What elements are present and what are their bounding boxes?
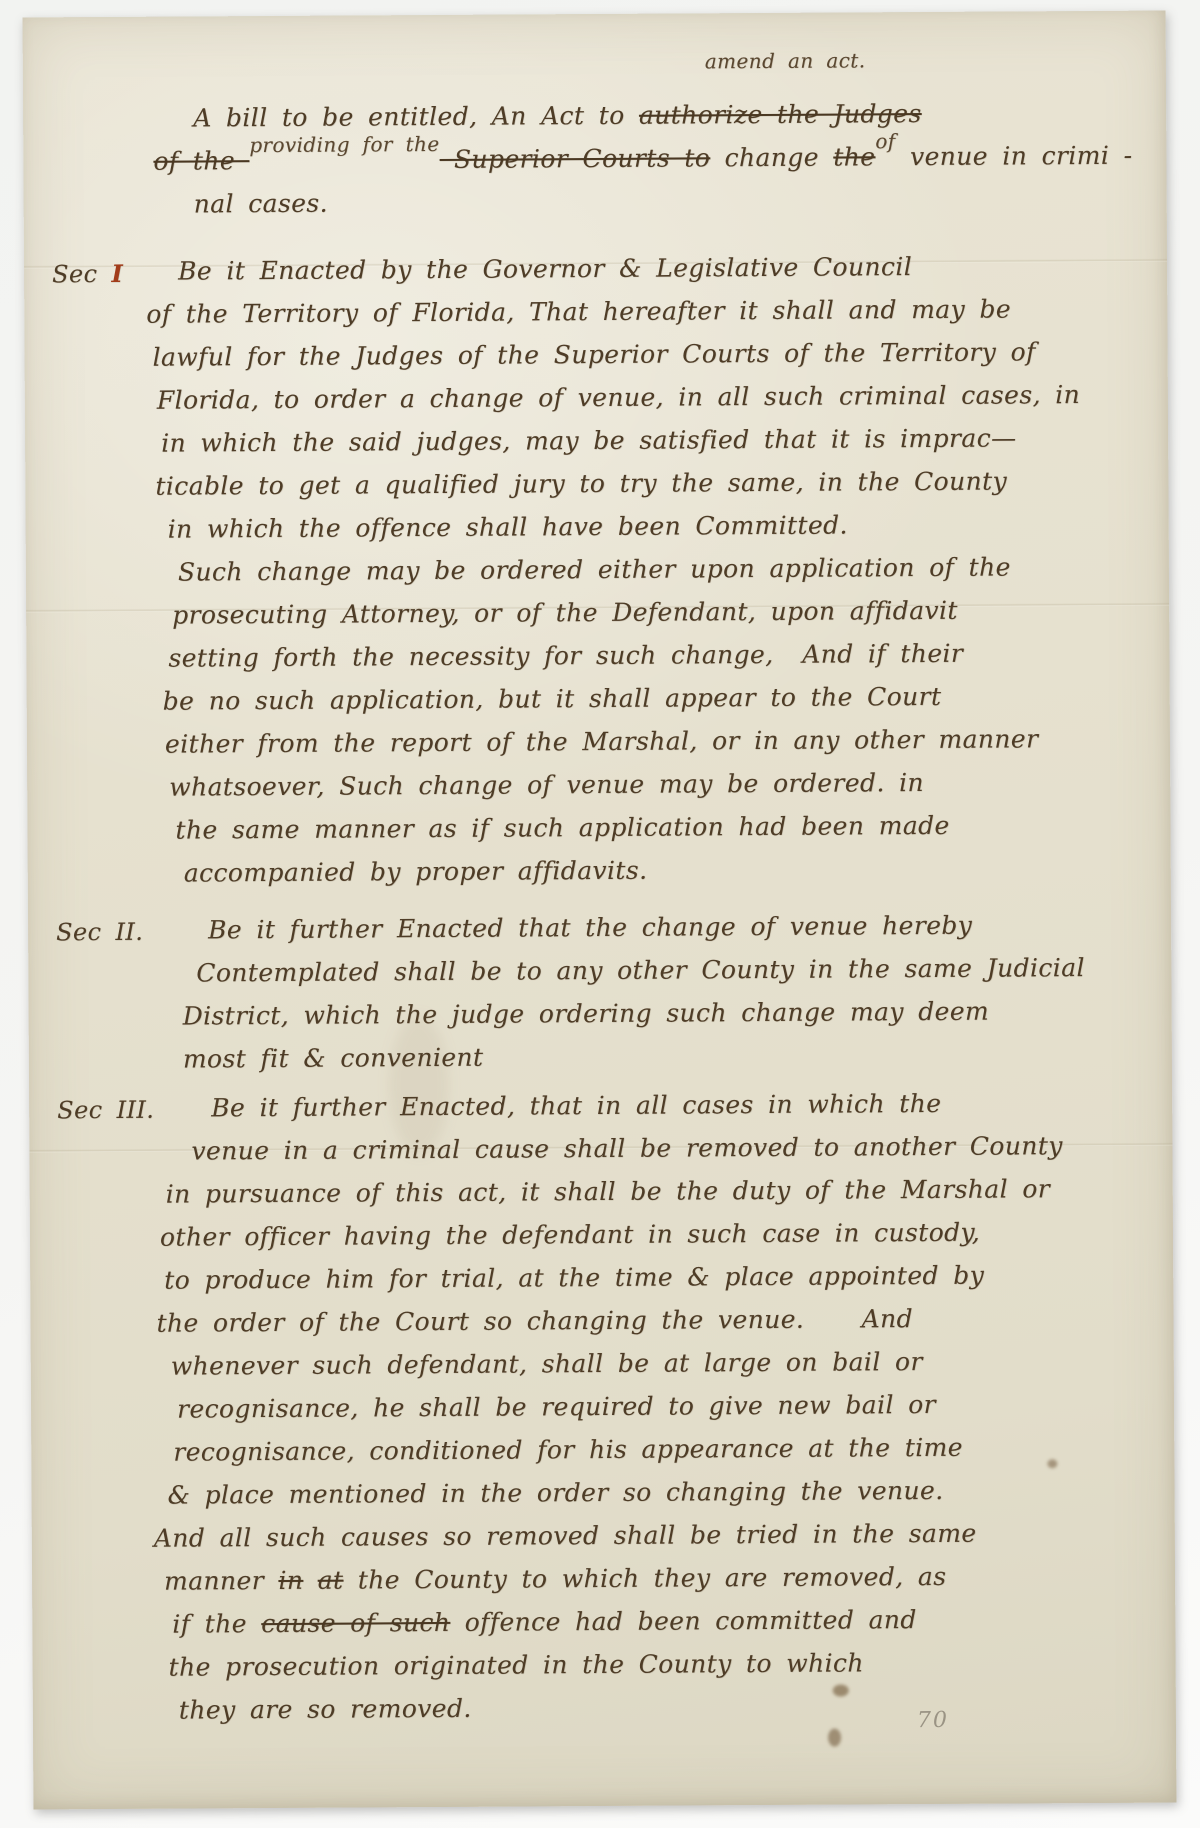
manuscript-line: the prosecution originated in the County… — [168, 1640, 1154, 1689]
text-segment: in which the offence shall have been Com… — [168, 510, 848, 543]
text-segment: And all such causes so removed shall be … — [154, 1519, 977, 1553]
text-segment: in pursuance of this act, it shall be th… — [166, 1174, 1051, 1208]
manuscript-line: & place mentioned in the order so changi… — [167, 1468, 1153, 1517]
manuscript-paper: amend an act.A bill to be entitled, An A… — [23, 11, 1177, 1810]
manuscript-line: the same manner as if such application h… — [175, 803, 1149, 852]
strikethrough-segment: in — [278, 1566, 303, 1595]
manuscript-line: be no such application, but it shall app… — [163, 674, 1149, 723]
text-segment: Contemplated shall be to any other Count… — [196, 953, 1085, 987]
text-segment: Sec III. — [57, 1096, 154, 1125]
inserted-text-segment: providing for the — [249, 132, 439, 157]
text-segment: nal cases. — [194, 189, 328, 219]
section-1: Sec IBe it Enacted by the Governor & Leg… — [146, 244, 1150, 895]
red-mark-segment: I — [111, 259, 123, 288]
text-segment: the County to which they are removed, as — [343, 1562, 946, 1595]
strikethrough-segment: authorize the Judges — [639, 99, 922, 130]
strikethrough-segment: cause of such — [261, 1608, 450, 1638]
text-segment: Such change may be ordered either upon a… — [178, 552, 1011, 586]
manuscript-line: in pursuance of this act, it shall be th… — [166, 1167, 1152, 1216]
text-segment: whenever such defendant, shall be at lar… — [171, 1347, 923, 1381]
section-label: Sec III. — [57, 1089, 154, 1133]
page-number-pencil: 70 — [917, 1708, 949, 1733]
section-label: Sec I — [52, 252, 123, 296]
text-segment: venue in crimi - — [896, 141, 1133, 171]
manuscript-line: other officer having the defendant in su… — [160, 1210, 1152, 1259]
text-segment: to produce him for trial, at the time & … — [164, 1261, 984, 1295]
text-segment: offence had been committed and — [450, 1605, 917, 1637]
manuscript-line: of the Territory of Florida, That hereaf… — [146, 287, 1146, 336]
manuscript-line: either from the report of the Marshal, o… — [165, 717, 1149, 766]
section-2: Sec II.Be it further Enacted that the ch… — [150, 903, 1151, 1081]
manuscript-line: Contemplated shall be to any other Count… — [196, 946, 1150, 995]
manuscript-line: in which the said judges, may be satisfi… — [161, 416, 1147, 465]
section-3: Sec III.Be it further Enacted, that in a… — [151, 1081, 1155, 1732]
manuscript-line: Be it further Enacted that the change of… — [208, 903, 1150, 952]
text-segment: the same manner as if such application h… — [175, 811, 949, 845]
text-segment — [303, 1566, 318, 1595]
text-segment: & place mentioned in the order so changi… — [167, 1476, 943, 1510]
section-label: Sec II. — [56, 911, 143, 955]
strikethrough-segment: at — [318, 1566, 344, 1595]
manuscript-line: recognisance, conditioned for his appear… — [173, 1425, 1153, 1474]
manuscript-line: they are so removed. — [179, 1683, 1155, 1732]
text-segment: recognisance, conditioned for his appear… — [173, 1433, 963, 1467]
text-segment: be no such application, but it shall app… — [163, 682, 942, 716]
text-segment: the prosecution originated in the County… — [169, 1648, 864, 1681]
text-segment: venue in a criminal cause shall be remov… — [191, 1131, 1062, 1165]
manuscript-line: most fit & convenient — [183, 1032, 1151, 1081]
manuscript-line: recognisance, he shall be required to gi… — [177, 1382, 1153, 1431]
text-segment: setting forth the necessity for such cha… — [168, 639, 963, 673]
text-segment: ticable to get a qualified jury to try t… — [155, 467, 1007, 501]
text-segment: manner — [164, 1566, 278, 1596]
text-segment: Sec — [52, 260, 111, 288]
ink-stain — [828, 1729, 841, 1747]
text-segment: they are so removed. — [179, 1694, 472, 1725]
manuscript-line: ticable to get a qualified jury to try t… — [155, 459, 1147, 508]
scanned-document-page: amend an act.A bill to be entitled, An A… — [0, 0, 1200, 1828]
manuscript-line: Florida, to order a change of venue, in … — [157, 373, 1147, 422]
manuscript-line: And all such causes so removed shall be … — [154, 1511, 1154, 1560]
text-segment: in which the said judges, may be satisfi… — [161, 423, 1017, 457]
title-block: amend an act.A bill to be entitled, An A… — [145, 59, 1146, 226]
manuscript-line: lawful for the Judges of the Superior Co… — [152, 330, 1146, 379]
strikethrough-segment: Superior Courts to — [440, 143, 711, 174]
manuscript-line: nal cases. — [194, 177, 1146, 226]
text-segment: Florida, to order a change of venue, in … — [157, 380, 1080, 415]
text-segment: prosecuting Attorney, or of the Defendan… — [172, 596, 958, 630]
manuscript-line: of the providing for the Superior Courts… — [153, 134, 1145, 183]
text-segment: Be it further Enacted that the change of… — [208, 911, 972, 945]
text-segment: either from the report of the Marshal, o… — [165, 724, 1039, 758]
manuscript-line: amend an act. — [705, 59, 1145, 94]
manuscript-line: in which the offence shall have been Com… — [168, 502, 1148, 551]
manuscript-line: the order of the Court so changing the v… — [156, 1296, 1152, 1345]
text-segment: Be it Enacted by the Governor & Legislat… — [178, 252, 912, 285]
manuscript-line: District, which the judge ordering such … — [183, 989, 1151, 1038]
text-segment: accompanied by proper affidavits. — [184, 856, 648, 888]
manuscript-line: Such change may be ordered either upon a… — [178, 545, 1148, 594]
text-segment: of the Territory of Florida, That hereaf… — [146, 294, 1011, 328]
text-segment: most fit & convenient — [183, 1043, 484, 1074]
text-segment: Be it further Enacted, that in all cases… — [211, 1089, 941, 1122]
manuscript-line: whatsoever, Such change of venue may be … — [169, 760, 1149, 809]
manuscript-line: setting forth the necessity for such cha… — [168, 631, 1148, 680]
manuscript-content: amend an act.A bill to be entitled, An A… — [145, 59, 1155, 1732]
text-segment: whatsoever, Such change of venue may be … — [169, 768, 924, 802]
inserted-text-segment: amend an act. — [705, 48, 866, 73]
text-segment: the order of the Court so changing the v… — [156, 1304, 913, 1338]
text-segment: lawful for the Judges of the Superior Co… — [153, 337, 1036, 371]
strikethrough-segment: of the — [153, 146, 249, 176]
text-segment: recognisance, he shall be required to gi… — [177, 1390, 936, 1424]
manuscript-line: if the cause of such offence had been co… — [172, 1597, 1154, 1646]
text-segment: other officer having the defendant in su… — [160, 1218, 980, 1252]
manuscript-line: venue in a criminal cause shall be remov… — [191, 1124, 1151, 1173]
manuscript-line: Be it further Enacted, that in all cases… — [211, 1081, 1151, 1130]
manuscript-line: accompanied by proper affidavits. — [184, 846, 1150, 895]
manuscript-line: manner in at the County to which they ar… — [164, 1554, 1154, 1603]
text-segment: District, which the judge ordering such … — [183, 997, 990, 1031]
inserted-text-segment: of — [875, 129, 895, 153]
text-segment: A bill to be entitled, An Act to — [193, 101, 639, 133]
strikethrough-segment: the — [833, 142, 875, 171]
text-segment: Sec II. — [56, 918, 143, 947]
manuscript-line: Be it Enacted by the Governor & Legislat… — [178, 244, 1146, 293]
text-segment: if the — [172, 1609, 261, 1639]
manuscript-line: whenever such defendant, shall be at lar… — [171, 1339, 1153, 1388]
text-segment: change — [710, 143, 833, 173]
manuscript-line: to produce him for trial, at the time & … — [164, 1253, 1152, 1302]
manuscript-line: prosecuting Attorney, or of the Defendan… — [172, 588, 1148, 637]
